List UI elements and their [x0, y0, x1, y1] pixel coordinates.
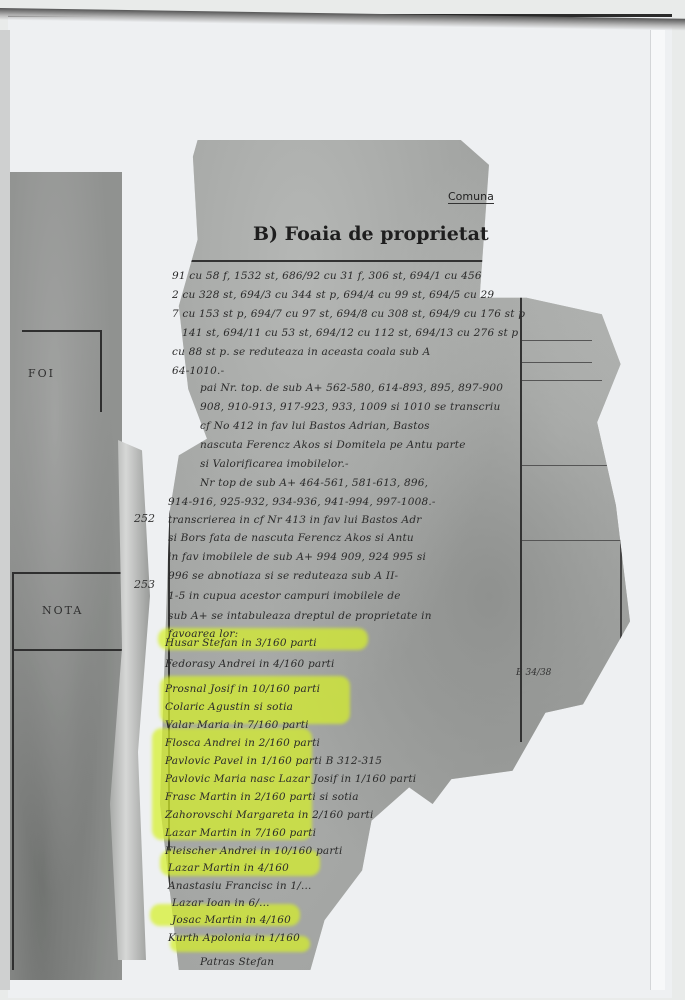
owner-entry: Kurth Apolonia in 1/160 [168, 932, 300, 944]
owner-entry: Frasc Martin in 2/160 parti si sotia [165, 791, 359, 803]
comuna-label: Comuna [448, 190, 494, 204]
entry-line: 2 cu 328 st, 694/3 cu 344 st p, 694/4 cu… [172, 289, 494, 301]
entry-line: nascuta Ferencz Akos si Domitela pe Antu… [200, 439, 466, 451]
entry-line: 64-1010.- [172, 365, 224, 377]
page-title: B) Foaia de proprietat [253, 223, 489, 245]
owner-entry: Pavlovic Pavel in 1/160 parti B 312-315 [165, 755, 382, 767]
entry-line: transcrierea in cf Nr 413 in fav lui Bas… [168, 514, 421, 526]
owner-entry: Lazar Martin in 4/160 [168, 862, 289, 874]
owner-entry: Anastasiu Francisc in 1/... [168, 880, 312, 892]
nota-label: NOTA [42, 604, 83, 617]
entry-line: 1-5 in cupua acestor campuri imobilele d… [168, 590, 401, 602]
reference-note: B 34/38 [516, 668, 551, 678]
entry-line: 914-916, 925-932, 934-936, 941-994, 997-… [168, 496, 436, 508]
left-torn-fragment: FOI NOTA [10, 172, 122, 980]
right-page-edge [650, 30, 665, 990]
owner-entry: Patras Stefan [200, 956, 274, 968]
entry-line: 996 se abnotiaza si se reduteaza sub A I… [168, 570, 398, 582]
owner-entry: Valar Maria in 7/160 parti [165, 719, 309, 731]
entry-line: 7 cu 153 st p, 694/7 cu 97 st, 694/8 cu … [172, 308, 525, 320]
entry-line: in fav imobilele de sub A+ 994 909, 924 … [168, 551, 426, 563]
owner-entry: Fedorasy Andrei in 4/160 parti [165, 658, 335, 670]
owner-entry: Husar Stefan in 3/160 parti [165, 637, 317, 649]
entry-line: 91 cu 58 f, 1532 st, 686/92 cu 31 f, 306… [172, 270, 482, 282]
entry-line: cf No 412 in fav lui Bastos Adrian, Bast… [200, 420, 430, 432]
owner-entry: Josac Martin in 4/160 [172, 914, 291, 926]
owner-entry: Fleischer Andrei in 10/160 parti [165, 845, 343, 857]
entry-line: si Bors fata de nascuta Ferencz Akos si … [168, 532, 414, 544]
owner-entry: Lazar Ioan in 6/... [172, 897, 270, 909]
owner-entry: Flosca Andrei in 2/160 parti [165, 737, 320, 749]
entry-line: 908, 910-913, 917-923, 933, 1009 si 1010… [200, 401, 500, 413]
entry-line: sub A+ se intabuleaza dreptul de proprie… [168, 610, 432, 622]
owner-entry: Prosnal Josif in 10/160 parti [165, 683, 320, 695]
entry-line: cu 88 st p. se reduteaza in aceasta coal… [172, 346, 430, 358]
owner-entry: Colaric Agustin si sotia [165, 701, 293, 713]
header-rule [190, 260, 530, 262]
left-page-edge [0, 30, 10, 990]
row-number: 252 [134, 512, 155, 525]
owner-entry: Pavlovic Maria nasc Lazar Josif in 1/160… [165, 773, 416, 785]
owner-entry: Zahorovschi Margareta in 2/160 parti [165, 809, 374, 821]
entry-line: Nr top de sub A+ 464-561, 581-613, 896, [200, 477, 428, 489]
row-number: 253 [134, 578, 155, 591]
entry-line: si Valorificarea imobilelor.- [200, 458, 349, 470]
owner-entry: Lazar Martin in 7/160 parti [165, 827, 316, 839]
entry-line: 141 st, 694/11 cu 53 st, 694/12 cu 112 s… [182, 327, 518, 339]
entry-line: pai Nr. top. de sub A+ 562-580, 614-893,… [200, 382, 503, 394]
upper-box-label: FOI [28, 367, 55, 380]
